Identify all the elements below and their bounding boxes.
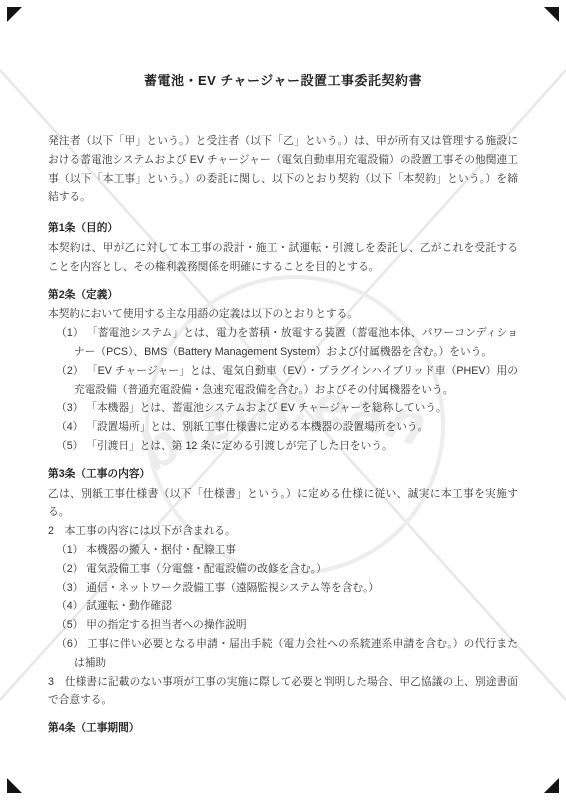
intro-paragraph: 発注者（以下「甲」という。）と受注者（以下「乙」という。）は、甲が所有又は管理す…	[48, 132, 518, 207]
document-body: 蓄電池・EV チャージャー設置工事委託契約書 発注者（以下「甲」という。）と受注…	[0, 0, 566, 738]
article-list-item: （4） 試運転・動作確認	[48, 597, 518, 616]
article-list-item: （3） 「本機器」とは、蓄電池システムおよび EV チャージャーを総称していう。	[48, 399, 518, 418]
article-list-item: （2） 「EV チャージャー」とは、電気自動車（EV）・プラグインハイブリッド車…	[48, 362, 518, 400]
articles-container: 第1条（目的）本契約は、甲が乙に対して本工事の設計・施工・試運転・引渡しを委託し…	[48, 219, 518, 738]
document-title: 蓄電池・EV チャージャー設置工事委託契約書	[48, 72, 518, 90]
article-list-item: （1） 「蓄電池システム」とは、電力を蓄積・放電する装置（蓄電池本体、パワーコン…	[48, 324, 518, 362]
article-heading: 第4条（工事期間）	[48, 719, 518, 738]
article-heading: 第1条（目的）	[48, 219, 518, 238]
article-list-item: （1） 本機器の搬入・据付・配線工事	[48, 541, 518, 560]
article-list-item: （4） 「設置場所」とは、別紙工事仕様書に定める本機器の設置場所をいう。	[48, 418, 518, 437]
article-list-item: （6） 工事に伴い必要となる申請・届出手続（電力会社への系統連系申請を含む。）の…	[48, 635, 518, 673]
corner-mark-top-right-icon	[544, 7, 559, 22]
article-paragraph: 3 仕様書に記載のない事項が工事の実施に際して必要と判明した場合、甲乙協議の上、…	[48, 673, 518, 711]
corner-mark-top-left-icon	[7, 7, 22, 22]
article-paragraph: 2 本工事の内容には以下が含まれる。	[48, 522, 518, 541]
article-list-item: （5） 「引渡日」とは、第 12 条に定める引渡しが完了した日をいう。	[48, 437, 518, 456]
article-list-item: （3） 通信・ネットワーク設備工事（遠隔監視システム等を含む。）	[48, 579, 518, 598]
article-heading: 第3条（工事の内容）	[48, 465, 518, 484]
article-list-item: （2） 電気設備工事（分電盤・配電設備の改修を含む。）	[48, 560, 518, 579]
corner-mark-bottom-left-icon	[7, 778, 22, 793]
article-list-item: （5） 甲の指定する担当者への操作説明	[48, 616, 518, 635]
article-paragraph: 乙は、別紙工事仕様書（以下「仕様書」という。）に定める仕様に従い、誠実に本工事を…	[48, 485, 518, 523]
article-heading: 第2条（定義）	[48, 286, 518, 305]
contract-document-page: bizocean 蓄電池・EV チャージャー設置工事委託契約書 発注者（以下「甲…	[0, 0, 566, 800]
corner-mark-bottom-right-icon	[544, 778, 559, 793]
article-paragraph: 本契約において使用する主な用語の定義は以下のとおりとする。	[48, 305, 518, 324]
article-paragraph: 本契約は、甲が乙に対して本工事の設計・施工・試運転・引渡しを委託し、乙がこれを受…	[48, 239, 518, 277]
